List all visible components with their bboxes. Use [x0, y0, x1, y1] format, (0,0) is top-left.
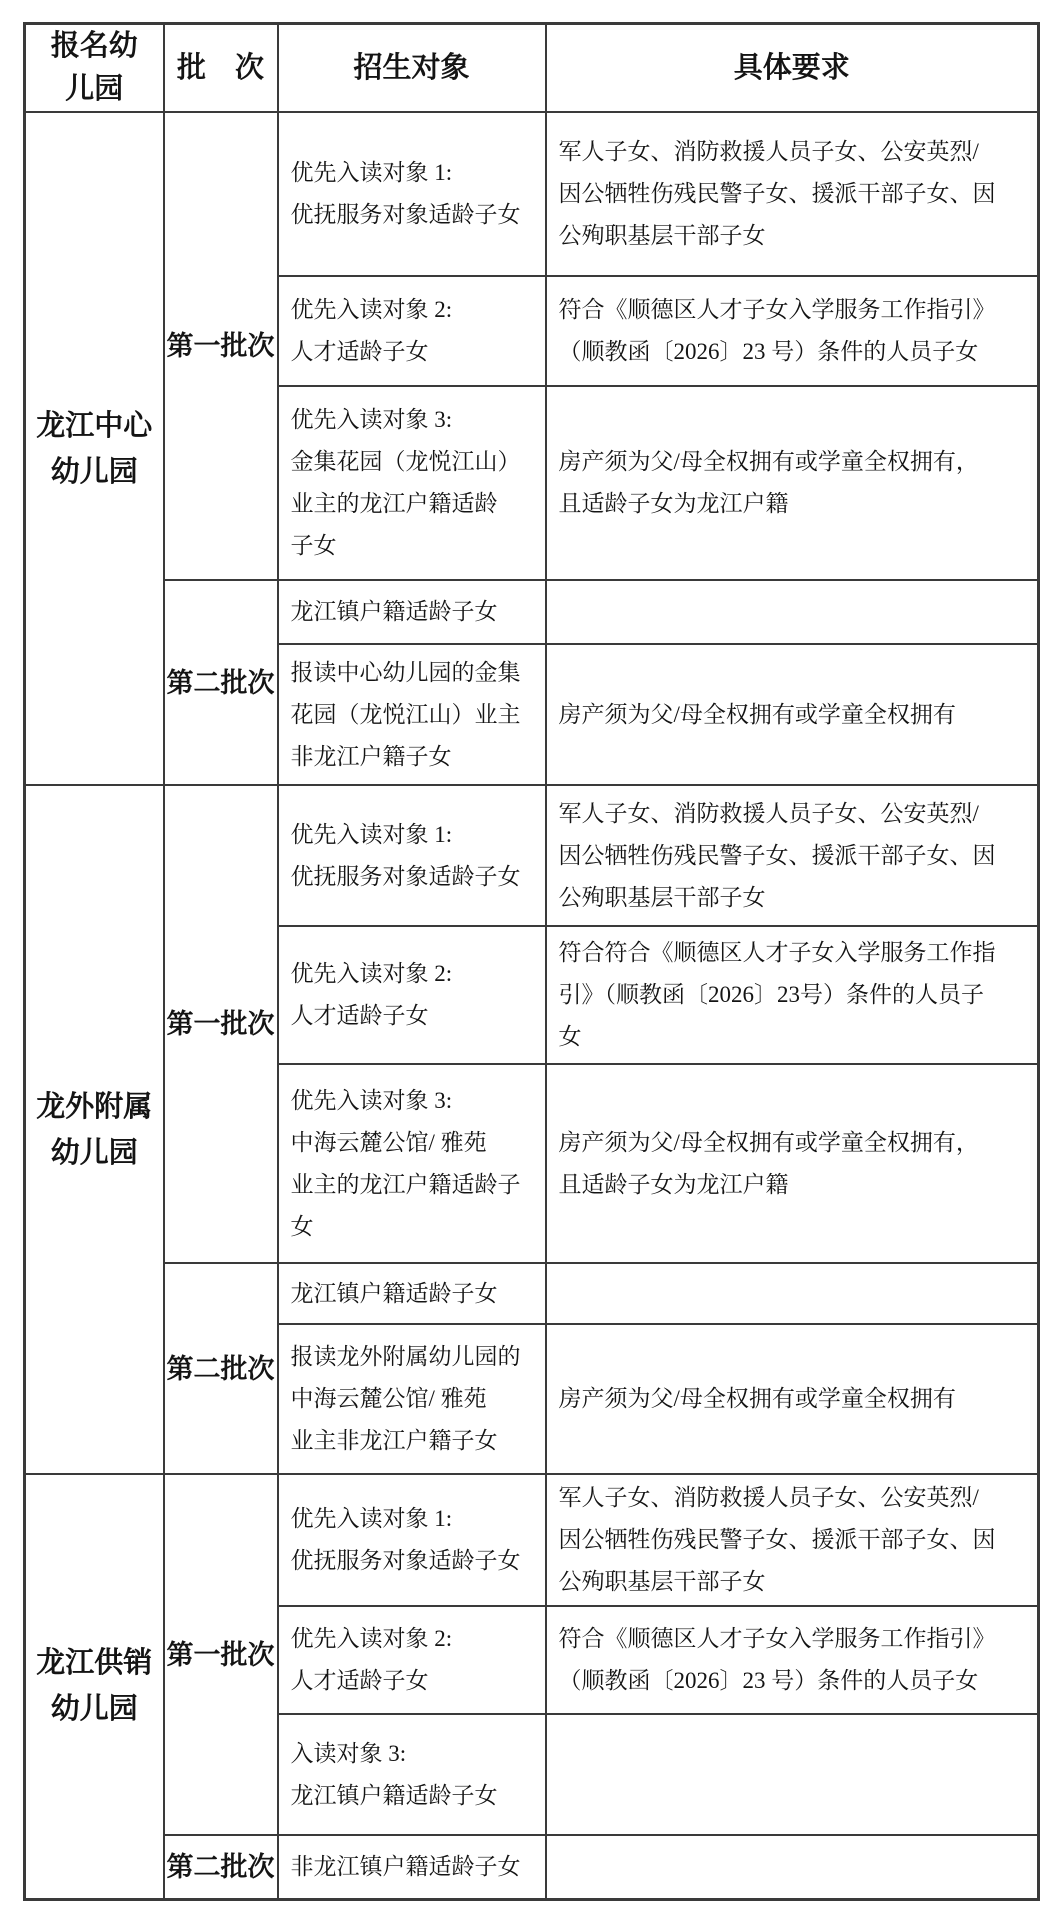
kindergarten-name-cell: 龙外附属 幼儿园	[25, 785, 164, 1474]
requirement-cell: 符合符合《顺德区人才子女入学服务工作指 引》（顺教函〔2026〕23号）条件的人…	[546, 926, 1039, 1064]
requirement-cell: 房产须为父/母全权拥有或学童全权拥有， 且适龄子女为龙江户籍	[546, 386, 1039, 580]
batch-cell: 第二批次	[164, 1263, 278, 1474]
target-cell: 优先入读对象 2: 人才适龄子女	[278, 276, 546, 386]
requirement-cell	[546, 1714, 1039, 1835]
requirement-cell: 军人子女、消防救援人员子女、公安英烈/ 因公牺牲伤残民警子女、援派干部子女、因 …	[546, 1474, 1039, 1606]
requirement-cell: 军人子女、消防救援人员子女、公安英烈/ 因公牺牲伤残民警子女、援派干部子女、因 …	[546, 112, 1039, 276]
target-cell: 优先入读对象 2: 人才适龄子女	[278, 1606, 546, 1714]
target-cell: 优先入读对象 1: 优抚服务对象适龄子女	[278, 785, 546, 926]
target-cell: 非龙江镇户籍适龄子女	[278, 1835, 546, 1899]
kindergarten-name-cell: 龙江中心 幼儿园	[25, 112, 164, 785]
requirement-cell: 符合《顺德区人才子女入学服务工作指引》 （顺教函〔2026〕23 号）条件的人员…	[546, 1606, 1039, 1714]
target-cell: 报读中心幼儿园的金集 花园（龙悦江山）业主 非龙江户籍子女	[278, 644, 546, 785]
document-page: { "page": { "background": "#ffffff", "te…	[0, 0, 1050, 1911]
requirement-cell	[546, 580, 1039, 644]
batch-cell: 第一批次	[164, 1474, 278, 1835]
requirement-cell	[546, 1263, 1039, 1324]
table-row: 龙江供销 幼儿园 第一批次 优先入读对象 1: 优抚服务对象适龄子女 军人子女、…	[25, 1474, 1039, 1606]
batch-cell: 第一批次	[164, 112, 278, 580]
target-cell: 龙江镇户籍适龄子女	[278, 580, 546, 644]
target-cell: 优先入读对象 1: 优抚服务对象适龄子女	[278, 1474, 546, 1606]
header-kindergarten: 报名幼 儿园	[25, 24, 164, 113]
target-cell: 优先入读对象 2: 人才适龄子女	[278, 926, 546, 1064]
target-cell: 优先入读对象 1: 优抚服务对象适龄子女	[278, 112, 546, 276]
header-requirements: 具体要求	[546, 24, 1039, 113]
requirement-cell: 房产须为父/母全权拥有或学童全权拥有， 且适龄子女为龙江户籍	[546, 1064, 1039, 1263]
table-row: 第二批次 非龙江镇户籍适龄子女	[25, 1835, 1039, 1899]
enrollment-table-container: 报名幼 儿园 批 次 招生对象 具体要求 龙江中心 幼儿园 第一批次 优先入读对…	[23, 22, 1040, 1901]
target-cell: 入读对象 3: 龙江镇户籍适龄子女	[278, 1714, 546, 1835]
table-row: 第二批次 龙江镇户籍适龄子女	[25, 580, 1039, 644]
kindergarten-name-cell: 龙江供销 幼儿园	[25, 1474, 164, 1899]
header-target: 招生对象	[278, 24, 546, 113]
header-row: 报名幼 儿园 批 次 招生对象 具体要求	[25, 24, 1039, 113]
target-cell: 优先入读对象 3: 中海云麓公馆/ 雅苑 业主的龙江户籍适龄子 女	[278, 1064, 546, 1263]
batch-cell: 第二批次	[164, 580, 278, 785]
target-cell: 报读龙外附属幼儿园的 中海云麓公馆/ 雅苑 业主非龙江户籍子女	[278, 1324, 546, 1474]
batch-cell: 第一批次	[164, 785, 278, 1263]
target-cell: 龙江镇户籍适龄子女	[278, 1263, 546, 1324]
requirement-cell	[546, 1835, 1039, 1899]
requirement-cell: 房产须为父/母全权拥有或学童全权拥有	[546, 1324, 1039, 1474]
requirement-cell: 符合《顺德区人才子女入学服务工作指引》 （顺教函〔2026〕23 号）条件的人员…	[546, 276, 1039, 386]
batch-cell: 第二批次	[164, 1835, 278, 1899]
header-batch: 批 次	[164, 24, 278, 113]
requirement-cell: 房产须为父/母全权拥有或学童全权拥有	[546, 644, 1039, 785]
table-row: 龙江中心 幼儿园 第一批次 优先入读对象 1: 优抚服务对象适龄子女 军人子女、…	[25, 112, 1039, 276]
requirement-cell: 军人子女、消防救援人员子女、公安英烈/ 因公牺牲伤残民警子女、援派干部子女、因 …	[546, 785, 1039, 926]
table-row: 龙外附属 幼儿园 第一批次 优先入读对象 1: 优抚服务对象适龄子女 军人子女、…	[25, 785, 1039, 926]
enrollment-table: 报名幼 儿园 批 次 招生对象 具体要求 龙江中心 幼儿园 第一批次 优先入读对…	[23, 22, 1040, 1901]
target-cell: 优先入读对象 3: 金集花园（龙悦江山） 业主的龙江户籍适龄 子女	[278, 386, 546, 580]
table-row: 第二批次 龙江镇户籍适龄子女	[25, 1263, 1039, 1324]
